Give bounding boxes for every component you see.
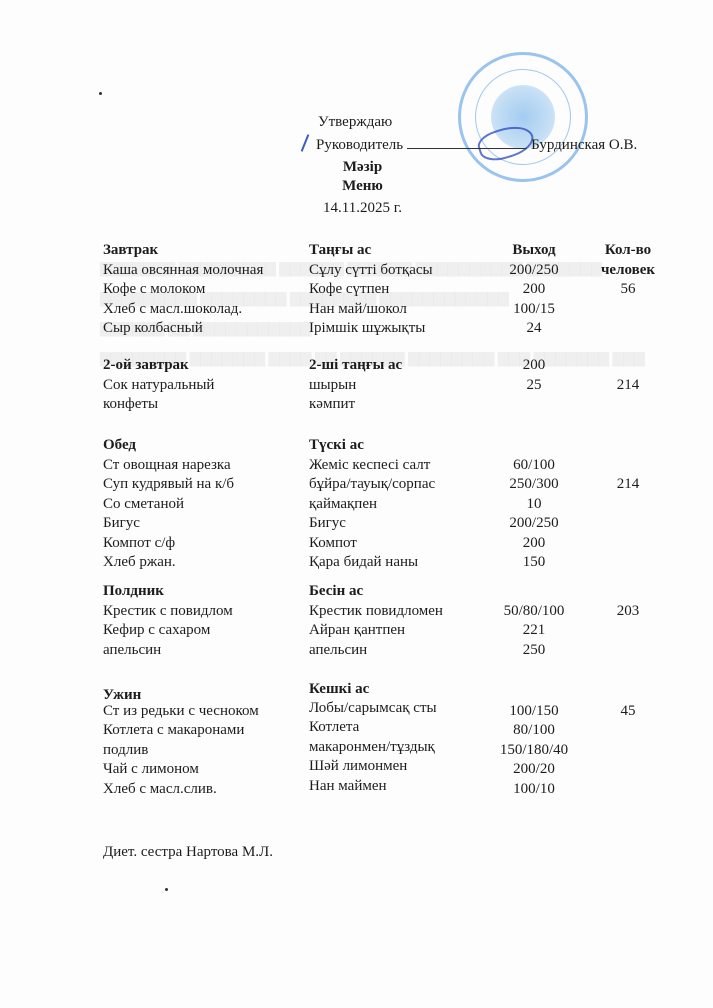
- table-row: Хлеб с масл.слив. Нан маймен 100/10: [103, 780, 683, 800]
- dish-output: 60/100: [479, 456, 589, 476]
- dish-kz: апельсин: [309, 641, 367, 661]
- dish-output: 100/10: [479, 780, 589, 800]
- table-row: Со сметаной қаймақпен 10: [103, 495, 683, 515]
- table-row: Ст овощная нарезка Жеміс кеспесі салт 60…: [103, 456, 683, 476]
- dish-output: 200/20: [479, 760, 589, 780]
- column-header-count-line2: человек: [588, 261, 668, 281]
- section-title-kz: Түскі ас: [309, 436, 364, 456]
- dish-ru: Хлеб ржан.: [103, 553, 176, 573]
- dish-ru: Хлеб с масл.слив.: [103, 780, 217, 800]
- dish-kz: қаймақпен: [309, 495, 377, 515]
- signature-line: [407, 136, 527, 149]
- menu-date: 14.11.2025 г.: [0, 200, 713, 217]
- dish-output: 100/150: [479, 702, 589, 722]
- dish-output: 200/250: [479, 261, 589, 281]
- table-row: Крестик с повидлом Крестик повидломен 50…: [103, 602, 683, 622]
- table-row: конфеты кәмпит: [103, 395, 683, 415]
- people-count: 214: [588, 475, 668, 495]
- dish-output: 50/80/100: [479, 602, 589, 622]
- dish-kz: Нан май/шокол: [309, 300, 407, 320]
- people-count: 214: [588, 376, 668, 396]
- pen-mark: [301, 134, 310, 151]
- dish-output: 200/250: [479, 514, 589, 534]
- approve-label: Утверждаю: [318, 114, 392, 131]
- dish-kz: Нан маймен: [309, 777, 387, 797]
- dish-ru: Котлета с макаронами: [103, 721, 244, 741]
- dish-kz: Бигус: [309, 514, 346, 534]
- dish-ru: апельсин: [103, 641, 161, 661]
- role-label: Руководитель: [316, 137, 403, 153]
- table-row: Бигус Бигус 200/250: [103, 514, 683, 534]
- dish-ru: Кофе с молоком: [103, 280, 205, 300]
- dish-kz: шырын: [309, 376, 356, 396]
- column-header-count: Кол-во: [588, 241, 668, 261]
- people-count: 56: [588, 280, 668, 300]
- dish-output: 10: [479, 495, 589, 515]
- dish-ru: Сок натуральный: [103, 376, 214, 396]
- section-header: 2-ой завтрак 2-ші таңғы ас 200: [103, 356, 683, 376]
- section-title-ru: Полдник: [103, 582, 164, 602]
- dish-ru: Со сметаной: [103, 495, 184, 515]
- menu-table: Завтрак Таңғы ас Выход Кол-во Каша овсян…: [103, 241, 683, 802]
- dish-kz: Компот: [309, 534, 357, 554]
- dish-ru: Хлеб с масл.шоколад.: [103, 300, 242, 320]
- dish-kz: макаронмен/тұздық: [309, 738, 435, 758]
- people-count: 203: [588, 602, 668, 622]
- table-row: Хлеб ржан. Қара бидай наны 150: [103, 553, 683, 573]
- dish-kz: Крестик повидломен: [309, 602, 443, 622]
- section-title-ru: Обед: [103, 436, 136, 456]
- section-title-ru: 2-ой завтрак: [103, 356, 189, 376]
- dish-kz: Айран қантпен: [309, 621, 405, 641]
- dish-output: 250: [479, 641, 589, 661]
- table-row: Чай с лимоном Шәй лимонмен 200/20: [103, 760, 683, 780]
- director-line: РуководительБурдинская О.В.: [316, 136, 637, 154]
- dish-kz: Ірімшік шұжықты: [309, 319, 425, 339]
- dish-ru: Каша овсянная молочная: [103, 261, 263, 281]
- section-lunch: Обед Түскі ас Ст овощная нарезка Жеміс к…: [103, 436, 683, 574]
- section-header: Обед Түскі ас: [103, 436, 683, 456]
- dish-output: 200: [479, 280, 589, 300]
- dish-kz: Лобы/сарымсақ сты: [309, 699, 437, 719]
- dish-output: 200: [479, 534, 589, 554]
- dish-output: 221: [479, 621, 589, 641]
- dish-output: 24: [479, 319, 589, 339]
- people-count: 45: [588, 702, 668, 722]
- table-row: апельсин апельсин 250: [103, 641, 683, 661]
- section-afternoon-snack: Полдник Бесін ас Крестик с повидлом Крес…: [103, 582, 683, 682]
- dish-ru: Крестик с повидлом: [103, 602, 233, 622]
- dish-ru: Ст из редьки с чесноком: [103, 702, 259, 722]
- dish-kz: Қара бидай наны: [309, 553, 418, 573]
- dish-ru: Чай с лимоном: [103, 760, 199, 780]
- dish-output: 250/300: [479, 475, 589, 495]
- table-row: Каша овсянная молочная Сұлу сүтті ботқас…: [103, 261, 683, 281]
- dish-ru: Ст овощная нарезка: [103, 456, 231, 476]
- dish-kz: Сұлу сүтті ботқасы: [309, 261, 433, 281]
- dish-output: 25: [479, 376, 589, 396]
- table-row: Кефир с сахаром Айран қантпен 221: [103, 621, 683, 641]
- section-title-kz: Бесін ас: [309, 582, 363, 602]
- dish-kz: Шәй лимонмен: [309, 757, 407, 777]
- section-title-kz: Кешкі ас: [309, 680, 369, 700]
- dish-output: 150/180/40: [479, 741, 589, 761]
- title-kz: Мәзір: [0, 159, 713, 176]
- scan-speck: [99, 92, 102, 95]
- table-row: Кофе с молоком Кофе сүтпен 200 56: [103, 280, 683, 300]
- dish-ru: конфеты: [103, 395, 158, 415]
- dish-output: 100/15: [479, 300, 589, 320]
- section-breakfast: Завтрак Таңғы ас Выход Кол-во Каша овсян…: [103, 241, 683, 339]
- table-row: Ст из редьки с чесноком Лобы/сарымсақ ст…: [103, 702, 683, 722]
- dish-kz: кәмпит: [309, 395, 355, 415]
- dish-output: 150: [479, 553, 589, 573]
- dish-output: 80/100: [479, 721, 589, 741]
- table-row: Сыр колбасный Ірімшік шұжықты 24: [103, 319, 683, 339]
- scan-speck: [165, 888, 168, 891]
- dish-ru: Суп кудрявый на к/б: [103, 475, 234, 495]
- dish-kz: Жеміс кеспесі салт: [309, 456, 430, 476]
- dish-kz: Котлета: [309, 718, 359, 738]
- section-title-kz: 2-ші таңғы ас: [309, 356, 402, 376]
- dietitian-signature: Диет. сестра Нартова М.Л.: [103, 844, 273, 861]
- section-header: Полдник Бесін ас: [103, 582, 683, 602]
- section-title-kz: Таңғы ас: [309, 241, 371, 261]
- dish-ru: Сыр колбасный: [103, 319, 203, 339]
- dish-ru: Кефир с сахаром: [103, 621, 210, 641]
- dish-ru: подлив: [103, 741, 148, 761]
- title-ru: Меню: [0, 178, 713, 195]
- dish-kz: бұйра/тауық/сорпас: [309, 475, 435, 495]
- table-row: Хлеб с масл.шоколад. Нан май/шокол 100/1…: [103, 300, 683, 320]
- table-row: Суп кудрявый на к/б бұйра/тауық/сорпас 2…: [103, 475, 683, 495]
- dish-kz: Кофе сүтпен: [309, 280, 389, 300]
- dish-ru: Компот с/ф: [103, 534, 175, 554]
- section-dinner: Ужин Кешкі ас Ст из редьки с чесноком Ло…: [103, 682, 683, 802]
- table-row: Сок натуральный шырын 25 214: [103, 376, 683, 396]
- section-header: Завтрак Таңғы ас Выход Кол-во: [103, 241, 683, 261]
- director-name: Бурдинская О.В.: [531, 137, 637, 153]
- section-header-output: 200: [479, 356, 589, 376]
- column-header-output: Выход: [479, 241, 589, 261]
- section-second-breakfast: 2-ой завтрак 2-ші таңғы ас 200 Сок натур…: [103, 356, 683, 436]
- section-title-ru: Завтрак: [103, 241, 158, 261]
- dish-ru: Бигус: [103, 514, 140, 534]
- table-row: Компот с/ф Компот 200: [103, 534, 683, 554]
